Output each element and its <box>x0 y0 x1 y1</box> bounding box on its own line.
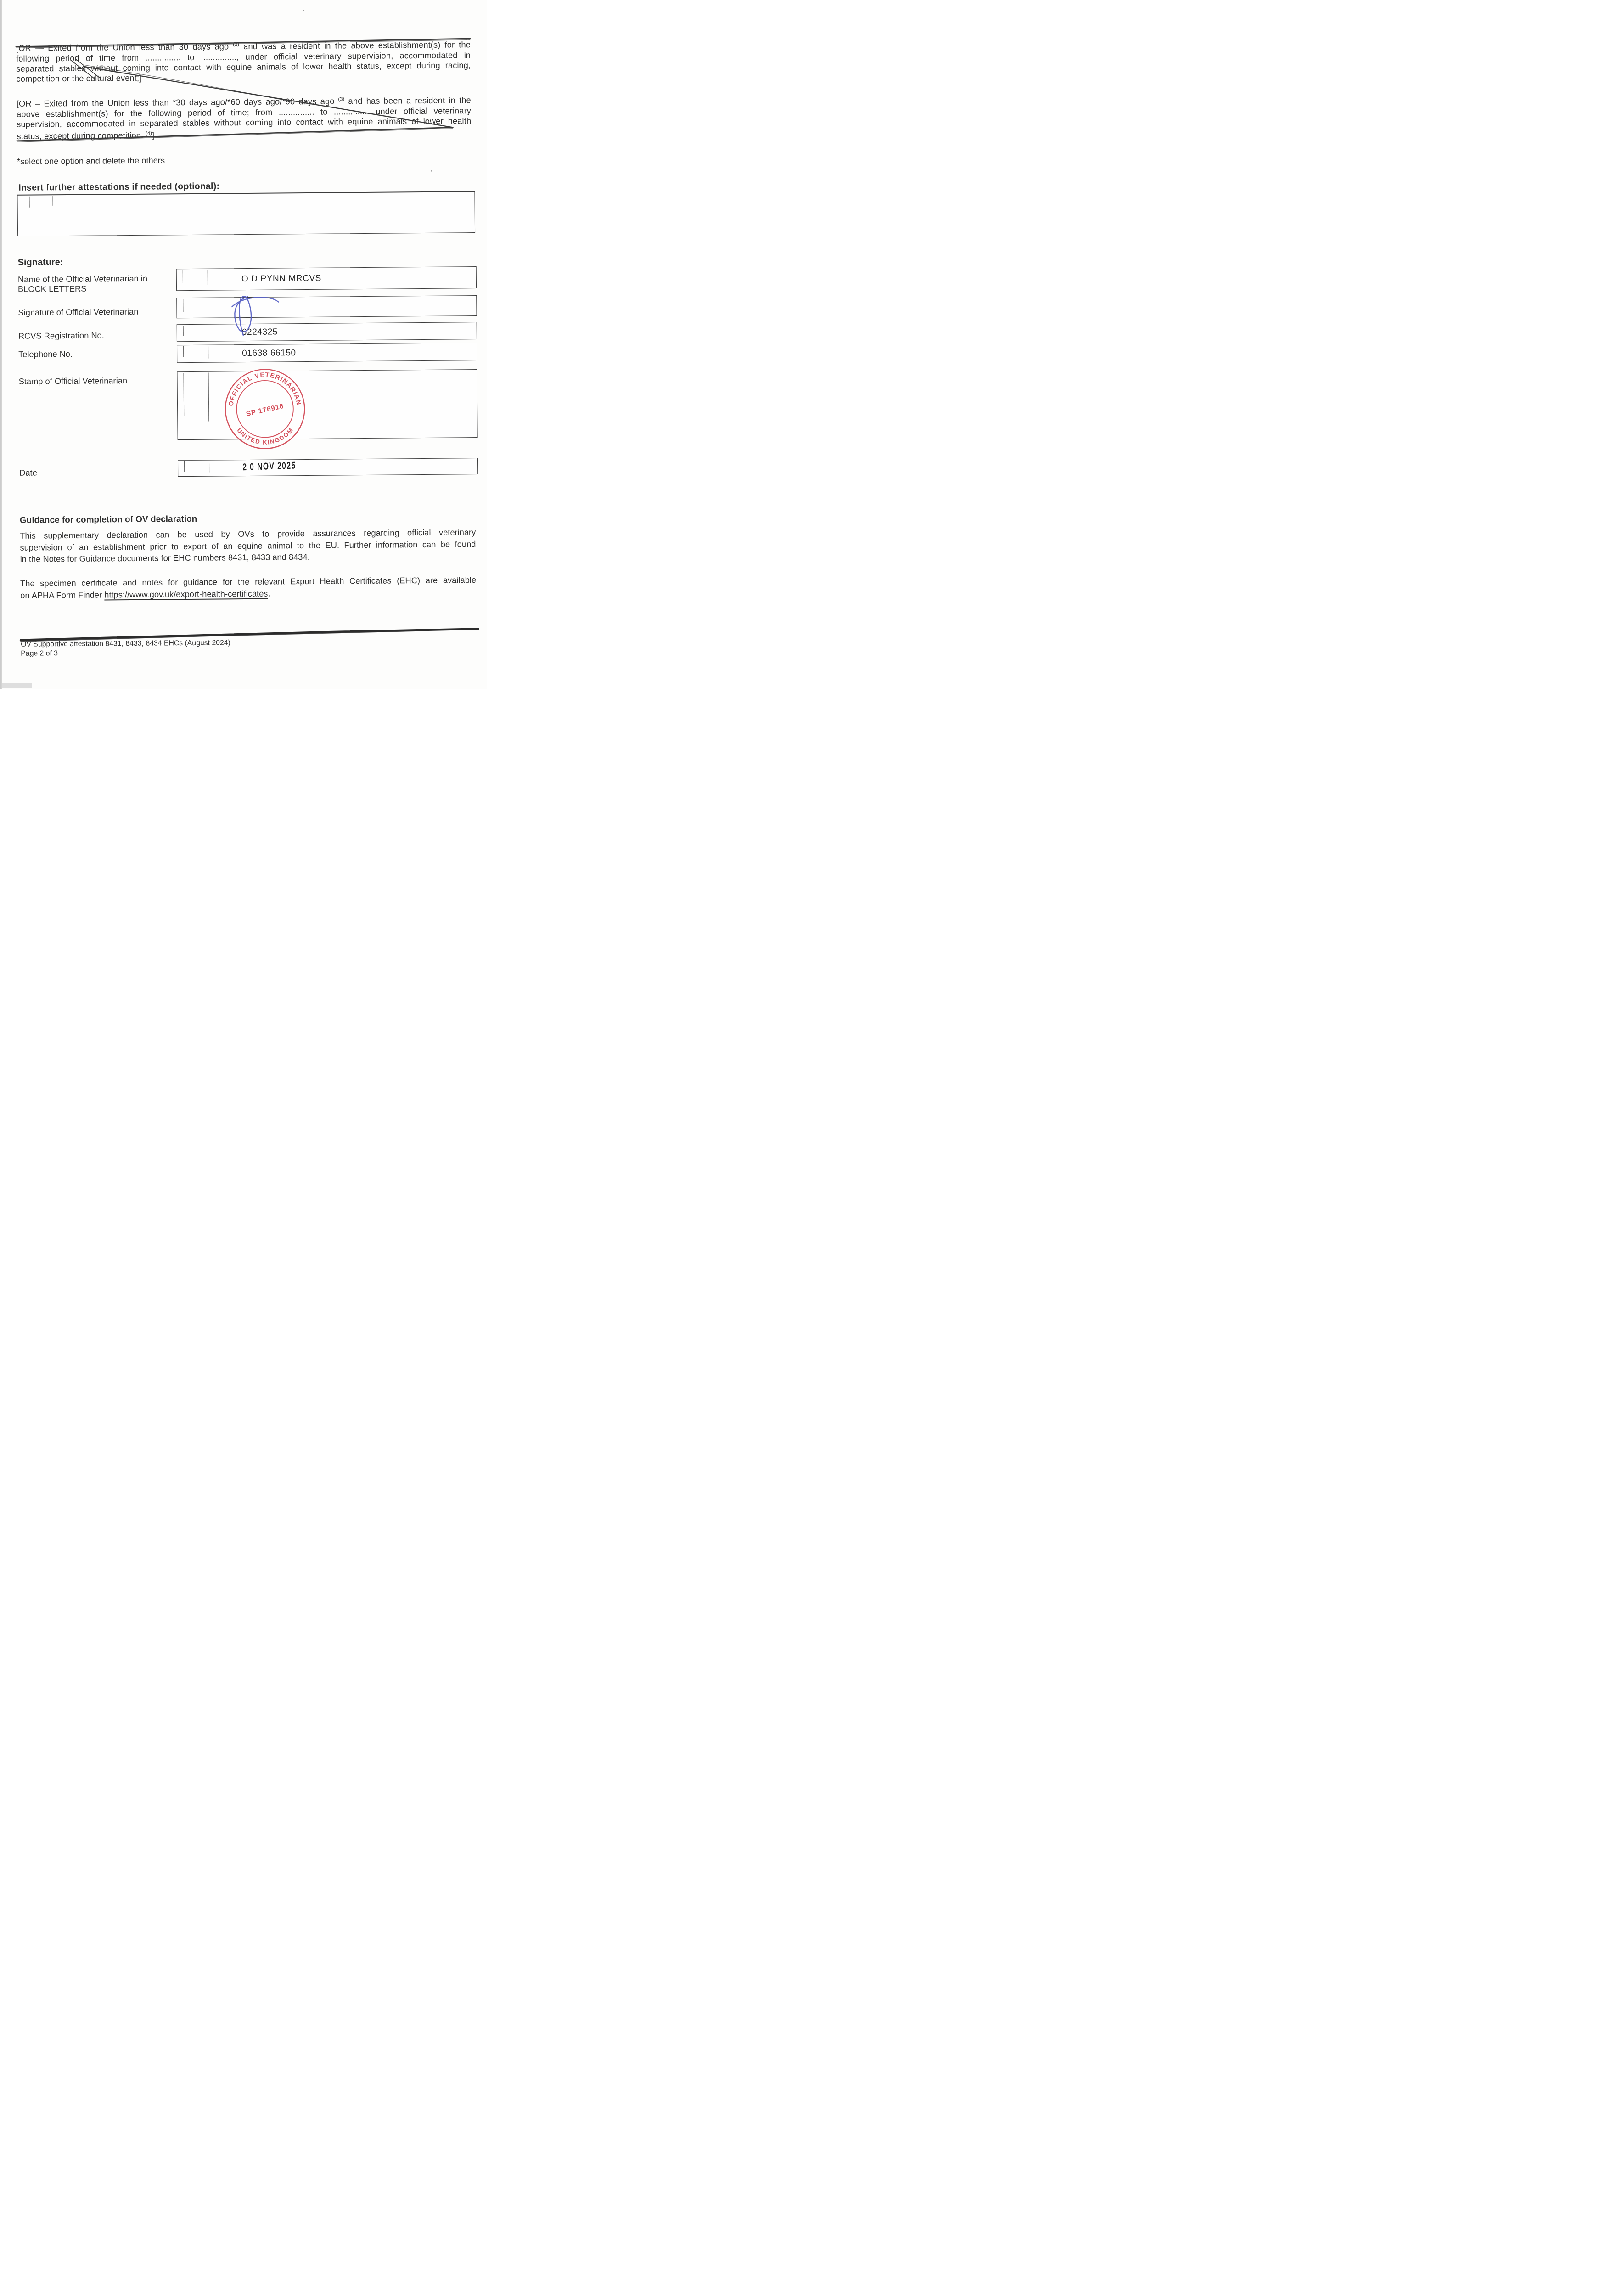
stamp-center-number: SP 176916 <box>246 402 285 418</box>
select-option-note: *select one option and delete the others <box>17 155 165 167</box>
attestation-option-1: [OR — Exited from the Union less than 30… <box>16 38 471 84</box>
veterinarian-name-field-box: O D PYNN MRCVS <box>176 266 477 291</box>
scanned-document-page: [OR — Exited from the Union less than 30… <box>0 0 487 689</box>
signature-loop-stroke <box>235 296 251 335</box>
telephone-field-box: 01638 66150 <box>177 343 477 363</box>
svg-text:OFFICIAL VETERINARIAN: OFFICIAL VETERINARIAN <box>227 371 303 407</box>
scan-tick-mark <box>183 299 184 312</box>
footer-rule <box>21 629 478 640</box>
footer-document-title: OV Supportive attestation 8431, 8433, 84… <box>21 639 230 649</box>
scan-tick-mark <box>29 197 30 208</box>
scan-tick-mark <box>208 299 208 313</box>
further-attestations-heading: Insert further attestations if needed (o… <box>18 181 219 193</box>
rcvs-number-label: RCVS Registration No. <box>18 330 164 340</box>
date-field-box: 2 0 NOV 2025 <box>178 458 478 477</box>
footnote-reference: (4) <box>146 131 152 136</box>
veterinarian-name-label: Name of the Official Veterinarian in BLO… <box>18 273 164 293</box>
scan-tick-mark <box>183 373 184 416</box>
signature-sweep-stroke <box>232 297 278 307</box>
telephone-label: Telephone No. <box>18 348 164 359</box>
official-veterinarian-stamp: OFFICIAL VETERINARIAN UNITED KINGDOM SP … <box>219 364 310 456</box>
guidance-paragraph-2: The specimen certificate and notes for g… <box>20 574 476 601</box>
date-label: Date <box>19 467 165 477</box>
veterinarian-name-value: O D PYNN MRCVS <box>241 274 321 284</box>
footnote-reference: (3) <box>338 96 345 102</box>
scan-tick-mark <box>208 270 208 285</box>
date-stamp-value: 2 0 NOV 2025 <box>242 460 296 473</box>
guidance-heading: Guidance for completion of OV declaratio… <box>20 514 197 526</box>
signature-section-heading: Signature: <box>17 257 63 268</box>
signature-scribble <box>227 288 287 340</box>
stamp-arc-top-text: OFFICIAL VETERINARIAN <box>227 371 303 407</box>
attestation-option-2: [OR – Exited from the Union less than *3… <box>17 93 472 142</box>
document-content: [OR — Exited from the Union less than 30… <box>0 0 487 689</box>
scan-tick-mark <box>183 346 184 357</box>
signature-label: Signature of Official Veterinarian <box>18 306 164 317</box>
scan-tick-mark <box>52 196 53 206</box>
scan-tick-mark <box>208 346 209 359</box>
scan-tick-mark <box>208 326 209 338</box>
scan-tick-mark <box>183 270 184 283</box>
ehc-url-link[interactable]: https://www.gov.uk/export-health-certifi… <box>104 588 268 600</box>
signature-field-box <box>176 295 477 318</box>
rcvs-number-field-box: 6224325 <box>177 322 477 342</box>
scan-tick-mark <box>184 461 185 472</box>
scan-tick-mark <box>183 326 184 336</box>
guidance-paragraph-1: This supplementary declaration can be us… <box>20 526 476 565</box>
scan-tick-mark <box>209 461 210 473</box>
footnote-reference: (3) <box>233 42 239 47</box>
stamp-label: Stamp of Official Veterinarian <box>19 375 165 386</box>
footer-page-number: Page 2 of 3 <box>21 649 58 658</box>
scan-tick-mark <box>208 373 209 422</box>
further-attestations-box <box>17 191 475 236</box>
telephone-value: 01638 66150 <box>242 348 296 359</box>
